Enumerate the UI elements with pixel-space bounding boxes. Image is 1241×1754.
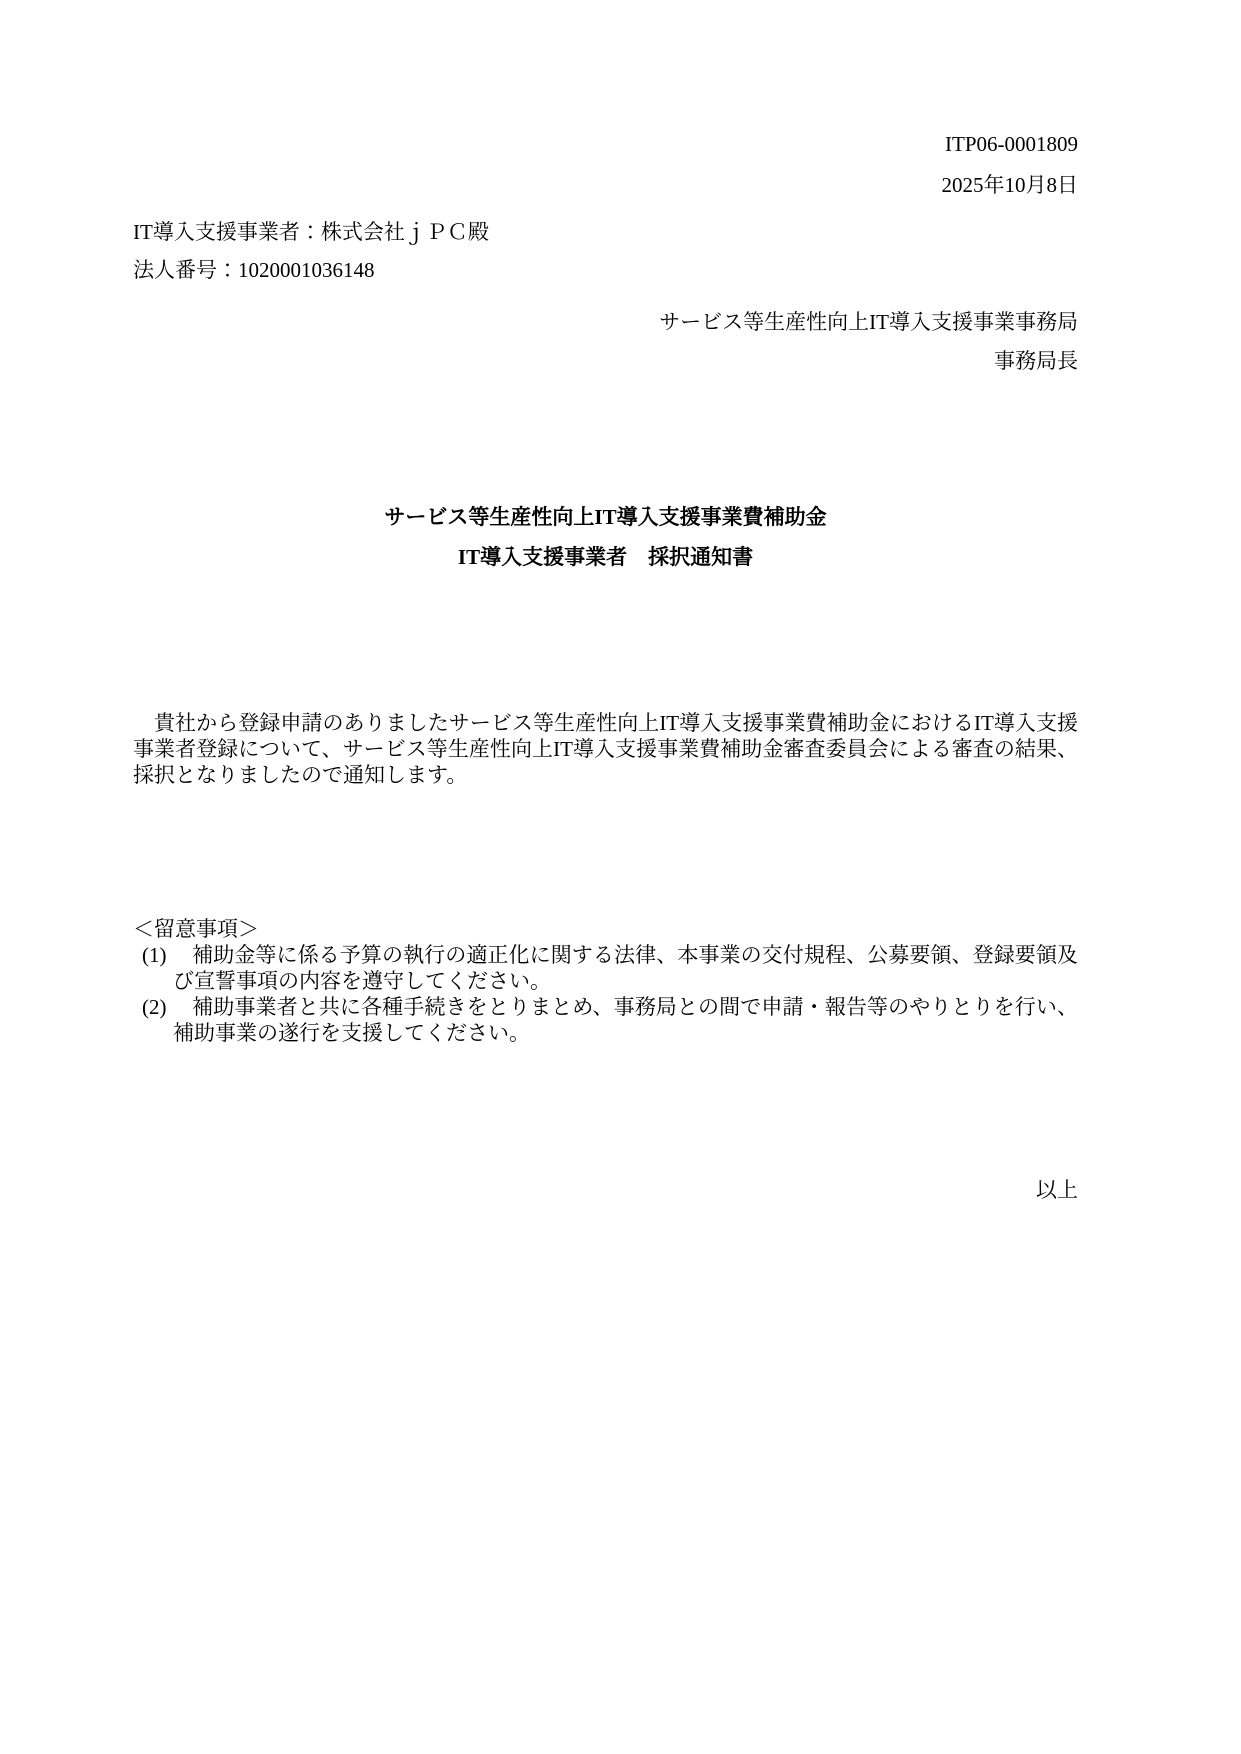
note-text-2: 補助事業者と共に各種手続きをとりまとめ、事務局との間で申請・報告等のやりとりを行… [173, 995, 1078, 1045]
document-date: 2025年10月8日 [133, 172, 1078, 198]
corporate-number-line: 法人番号：1020001036148 [133, 257, 1078, 283]
body-paragraph: 貴社から登録申請のありましたサービス等生産性向上IT導入支援事業費補助金における… [133, 710, 1078, 788]
recipient-line: IT導入支援事業者：株式会社ｊＰＣ殿 [133, 219, 1078, 245]
note-text-1: 補助金等に係る予算の執行の適正化に関する法律、本事業の交付規程、公募要領、登録要… [173, 943, 1078, 993]
notes-section: ＜留意事項＞ (1)補助金等に係る予算の執行の適正化に関する法律、本事業の交付規… [133, 916, 1078, 1046]
document-title-line1: サービス等生産性向上IT導入支援事業費補助金 [133, 504, 1078, 530]
sender-organization: サービス等生産性向上IT導入支援事業事務局 [133, 309, 1078, 335]
document-page: ITP06-0001809 2025年10月8日 IT導入支援事業者：株式会社ｊ… [0, 0, 1241, 1754]
closing-ijou: 以上 [133, 1177, 1078, 1203]
note-item-2: (2)補助事業者と共に各種手続きをとりまとめ、事務局との間で申請・報告等のやりと… [133, 994, 1078, 1046]
notes-heading: ＜留意事項＞ [133, 916, 1078, 942]
sender-role: 事務局長 [133, 348, 1078, 374]
document-number: ITP06-0001809 [133, 131, 1078, 157]
note-item-1: (1)補助金等に係る予算の執行の適正化に関する法律、本事業の交付規程、公募要領、… [133, 942, 1078, 994]
note-number-2: (2) [142, 994, 192, 1020]
note-number-1: (1) [142, 942, 192, 968]
document-title-line2: IT導入支援事業者 採択通知書 [133, 544, 1078, 570]
